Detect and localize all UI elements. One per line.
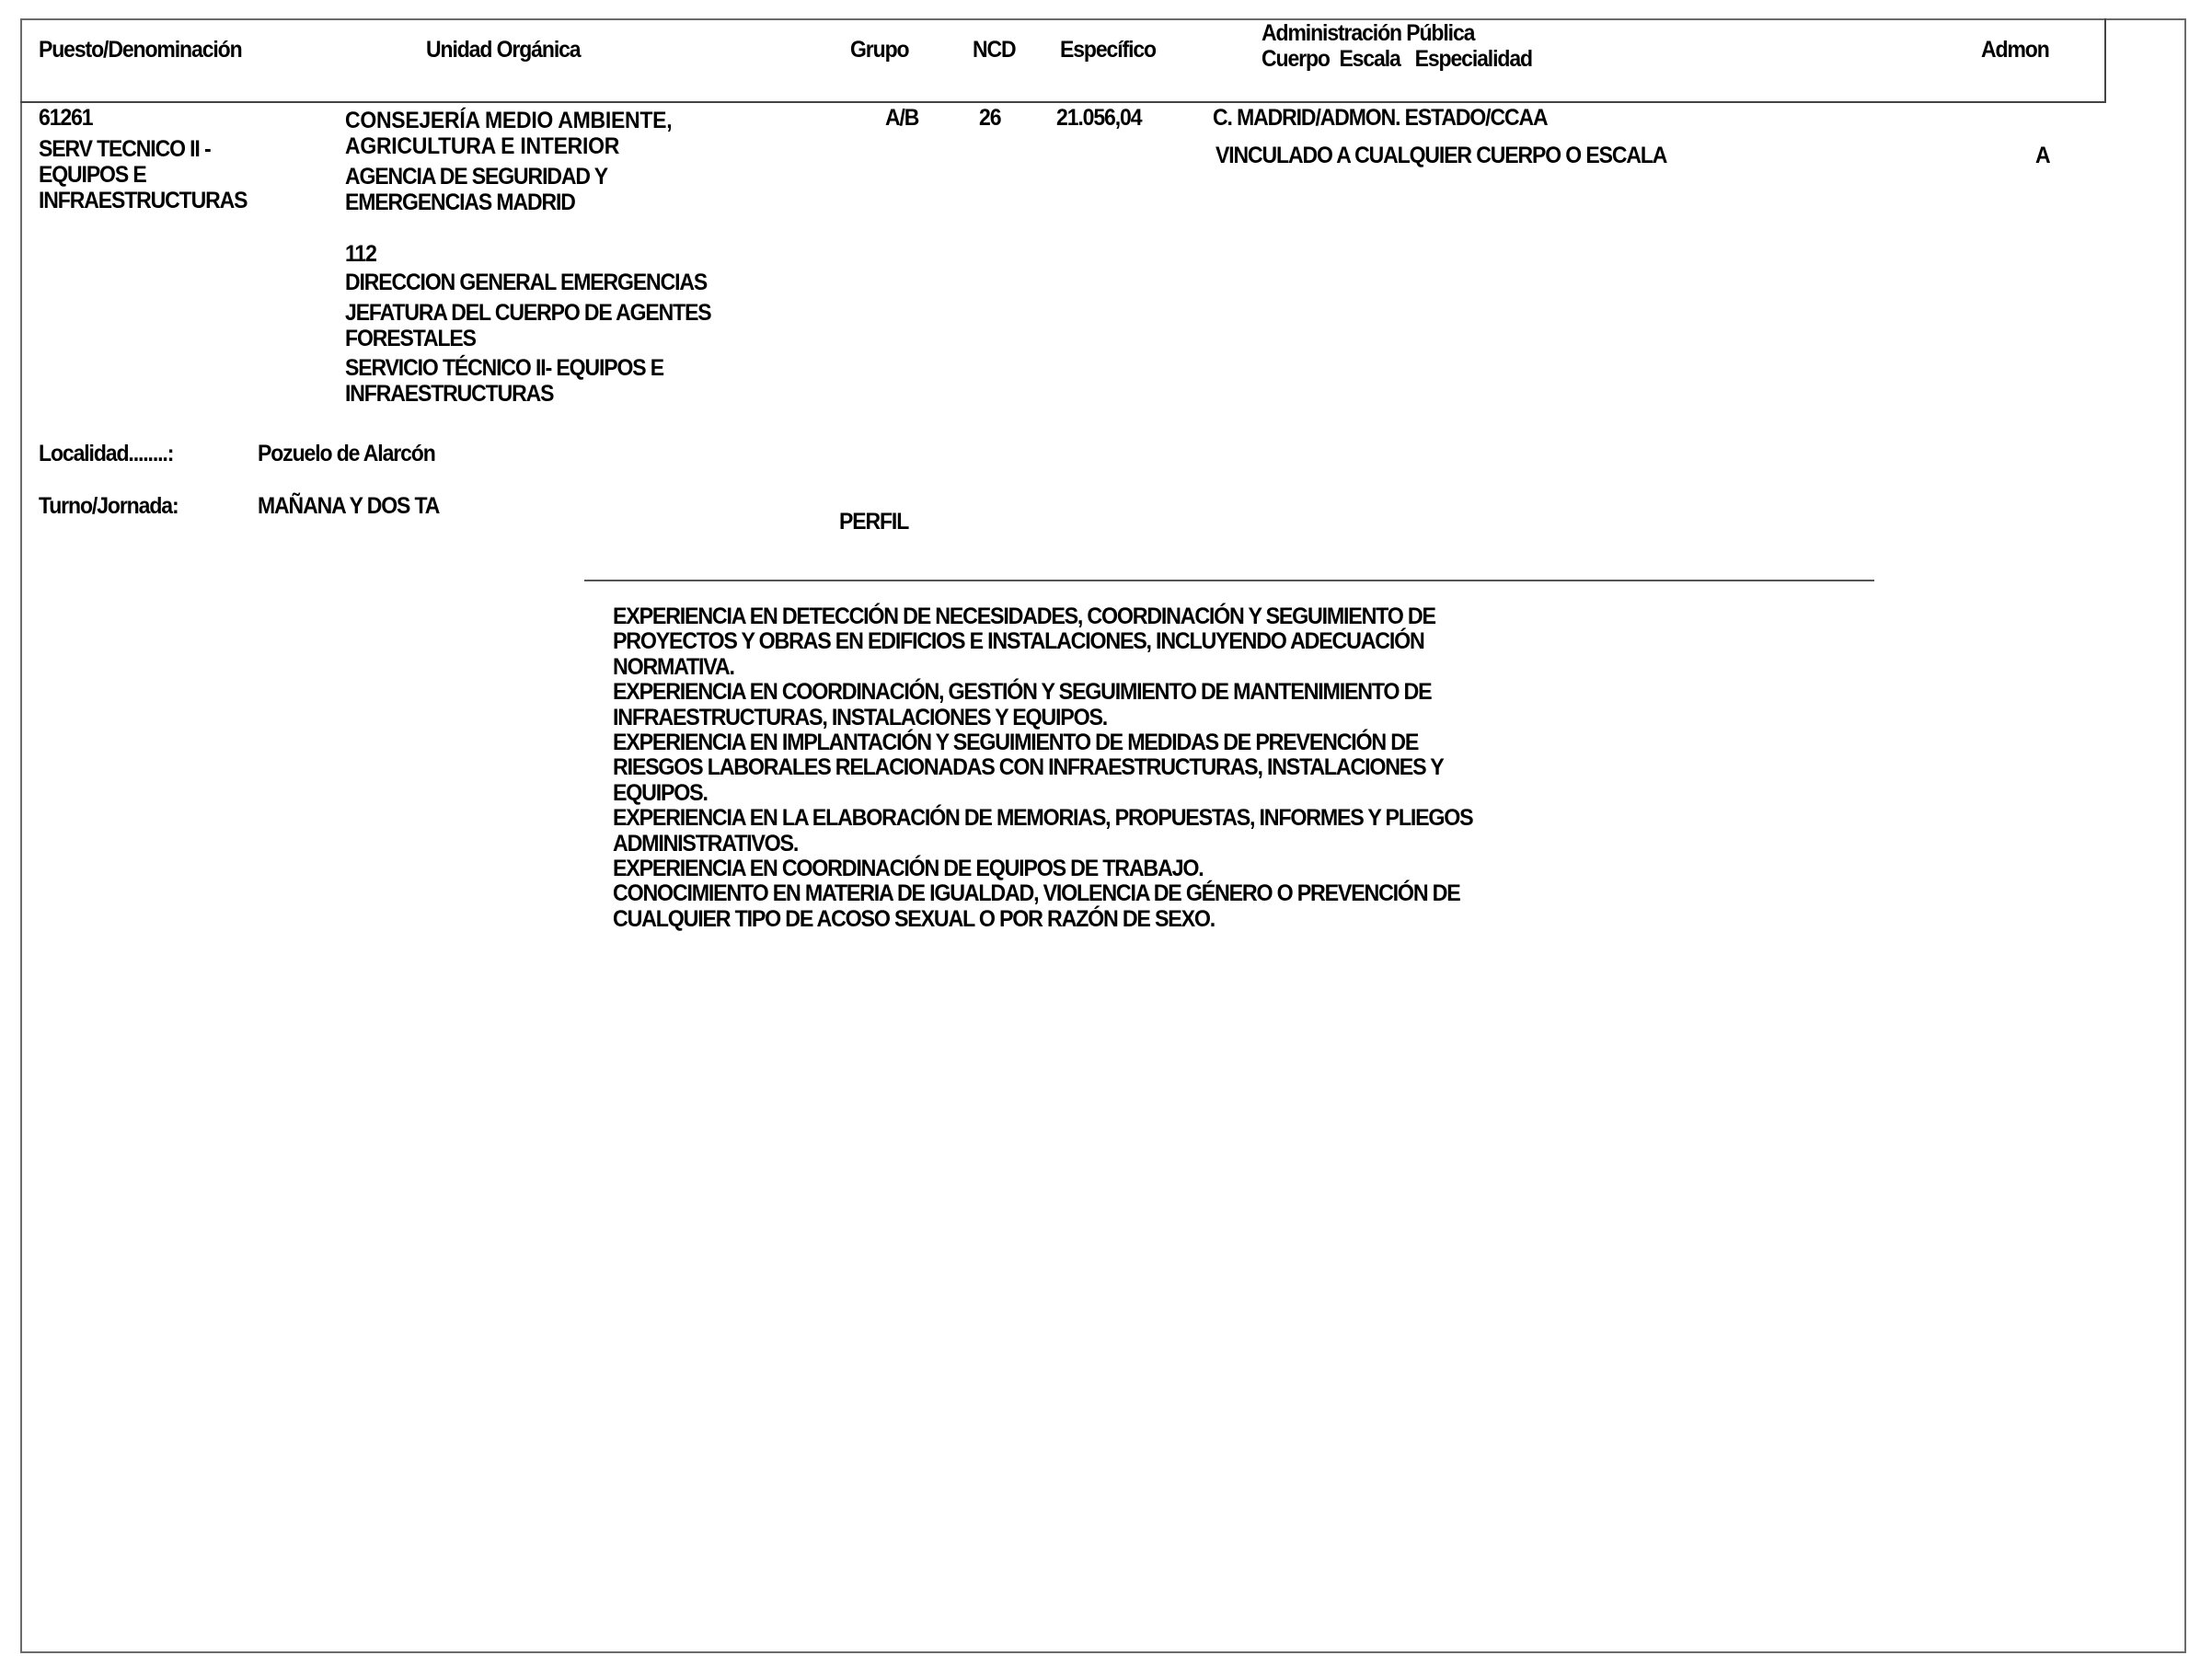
localidad-value: Pozuelo de Alarcón [258, 441, 435, 466]
perfil-text: EXPERIENCIA EN DETECCIÓN DE NECESIDADES,… [613, 604, 1472, 932]
turno-value: MAÑANA Y DOS TA [258, 493, 439, 519]
unidad-direccion: DIRECCION GENERAL EMERGENCIAS [345, 270, 707, 295]
administracion-value: C. MADRID/ADMON. ESTADO/CCAA [1213, 105, 1547, 131]
header-admin-publica: Administración Pública [1262, 20, 1474, 46]
header-grupo: Grupo [850, 37, 908, 63]
localidad-label: Localidad........: [39, 441, 173, 466]
perfil-divider [584, 580, 1874, 581]
header-cuerpo-escala: Cuerpo Escala Especialidad [1262, 46, 1532, 72]
unidad-servicio: SERVICIO TÉCNICO II- EQUIPOS E INFRAESTR… [345, 355, 663, 407]
unidad-agencia: AGENCIA DE SEGURIDAD Y EMERGENCIAS MADRI… [345, 164, 607, 215]
turno-label: Turno/Jornada: [39, 493, 179, 519]
puesto-denominacion: SERV TECNICO II - EQUIPOS E INFRAESTRUCT… [39, 136, 247, 213]
unidad-consejeria: CONSEJERÍA MEDIO AMBIENTE, AGRICULTURA E… [345, 108, 672, 159]
admon-value: A [2035, 143, 2050, 168]
unidad-jefatura: JEFATURA DEL CUERPO DE AGENTES FORESTALE… [345, 300, 711, 351]
grupo-value: A/B [885, 105, 918, 131]
ncd-value: 26 [979, 105, 1000, 131]
header-especifico: Específico [1060, 37, 1156, 63]
header-ncd: NCD [973, 37, 1016, 63]
header-unidad: Unidad Orgánica [426, 37, 580, 63]
header-puesto: Puesto/Denominación [39, 37, 242, 63]
unidad-codigo: 112 [345, 241, 376, 267]
puesto-codigo: 61261 [39, 105, 92, 131]
perfil-title: PERFIL [839, 509, 908, 535]
cuerpo-value: VINCULADO A CUALQUIER CUERPO O ESCALA [1215, 143, 1666, 168]
especifico-value: 21.056,04 [1056, 105, 1141, 131]
header-admon: Admon [1981, 37, 2049, 63]
